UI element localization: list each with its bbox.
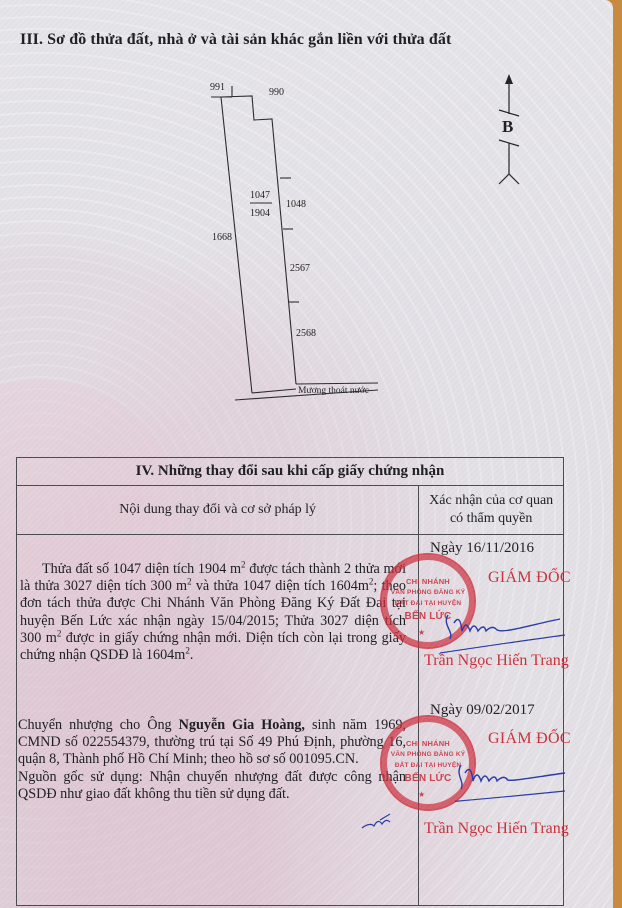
certificate-page: III. Sơ đồ thửa đất, nhà ở và tài sản kh…	[0, 0, 613, 908]
neighbor-991: 991	[210, 82, 225, 93]
confirmation-date: Ngày 16/11/2016	[430, 540, 534, 557]
parcel-south-boundary	[252, 389, 296, 393]
section-4-title: IV. Những thay đổi sau khi cấp giấy chứn…	[17, 458, 564, 486]
director-title: GIÁM ĐỐC	[488, 730, 571, 748]
seal-text: CHI NHÁNH	[382, 739, 474, 748]
entry-text: .	[190, 647, 194, 663]
parcel-east-boundary	[221, 96, 296, 384]
change-entry-2: Chuyển nhượng cho Ông Nguyễn Gia Hoàng, …	[18, 717, 406, 803]
parcel-west-boundary	[221, 97, 252, 393]
land-plot-diagram: 991 990 1047 1904 1048 1668 2567 2568 Mư…	[0, 0, 622, 420]
changes-table: IV. Những thay đổi sau khi cấp giấy chứn…	[16, 457, 564, 906]
entry-2-origin: Nguồn gốc sử dụng: Nhận chuyển nhượng đấ…	[18, 769, 406, 803]
star-icon: ★	[418, 790, 425, 799]
parcel-area: 1904	[250, 208, 270, 219]
neighbor-1668: 1668	[212, 232, 232, 243]
neighbor-2568: 2568	[296, 328, 316, 339]
parcel-number: 1047	[250, 190, 270, 201]
column-header-content: Nội dung thay đổi và cơ sở pháp lý	[17, 486, 419, 535]
initials-mark	[360, 808, 410, 838]
entry-text: được in giấy chứng nhận mới. Diện tích c…	[20, 630, 406, 663]
north-label: B	[502, 117, 513, 137]
neighbor-1048: 1048	[286, 199, 306, 210]
director-title: GIÁM ĐỐC	[488, 569, 571, 587]
entry-text: và thửa 1047 diện tích 1604m	[192, 578, 369, 594]
column-header-confirmation-line1: Xác nhận của cơ quan	[429, 493, 553, 508]
change-entry-1: Thửa đất số 1047 diện tích 1904 m2 được …	[20, 561, 406, 664]
entry-text: Chuyển nhượng cho Ông	[18, 717, 179, 733]
drainage-channel-label: Mương thoát nước	[298, 386, 369, 396]
seal-text: CHI NHÁNH	[382, 577, 474, 586]
column-header-confirmation-line2: có thẩm quyền	[450, 511, 532, 526]
entry-text: Thửa đất số 1047 diện tích 1904 m	[42, 561, 241, 577]
confirmation-date: Ngày 09/02/2017	[430, 702, 535, 719]
column-header-confirmation: Xác nhận của cơ quan có thẩm quyền	[419, 486, 564, 535]
star-icon: ★	[418, 628, 425, 637]
neighbor-990: 990	[269, 87, 284, 98]
entry-2-transfer: Chuyển nhượng cho Ông Nguyễn Gia Hoàng, …	[18, 717, 406, 769]
signature-1	[440, 595, 580, 665]
transferee-name: Nguyễn Gia Hoàng,	[179, 717, 305, 733]
neighbor-2567: 2567	[290, 263, 310, 274]
signature-2	[455, 755, 595, 825]
